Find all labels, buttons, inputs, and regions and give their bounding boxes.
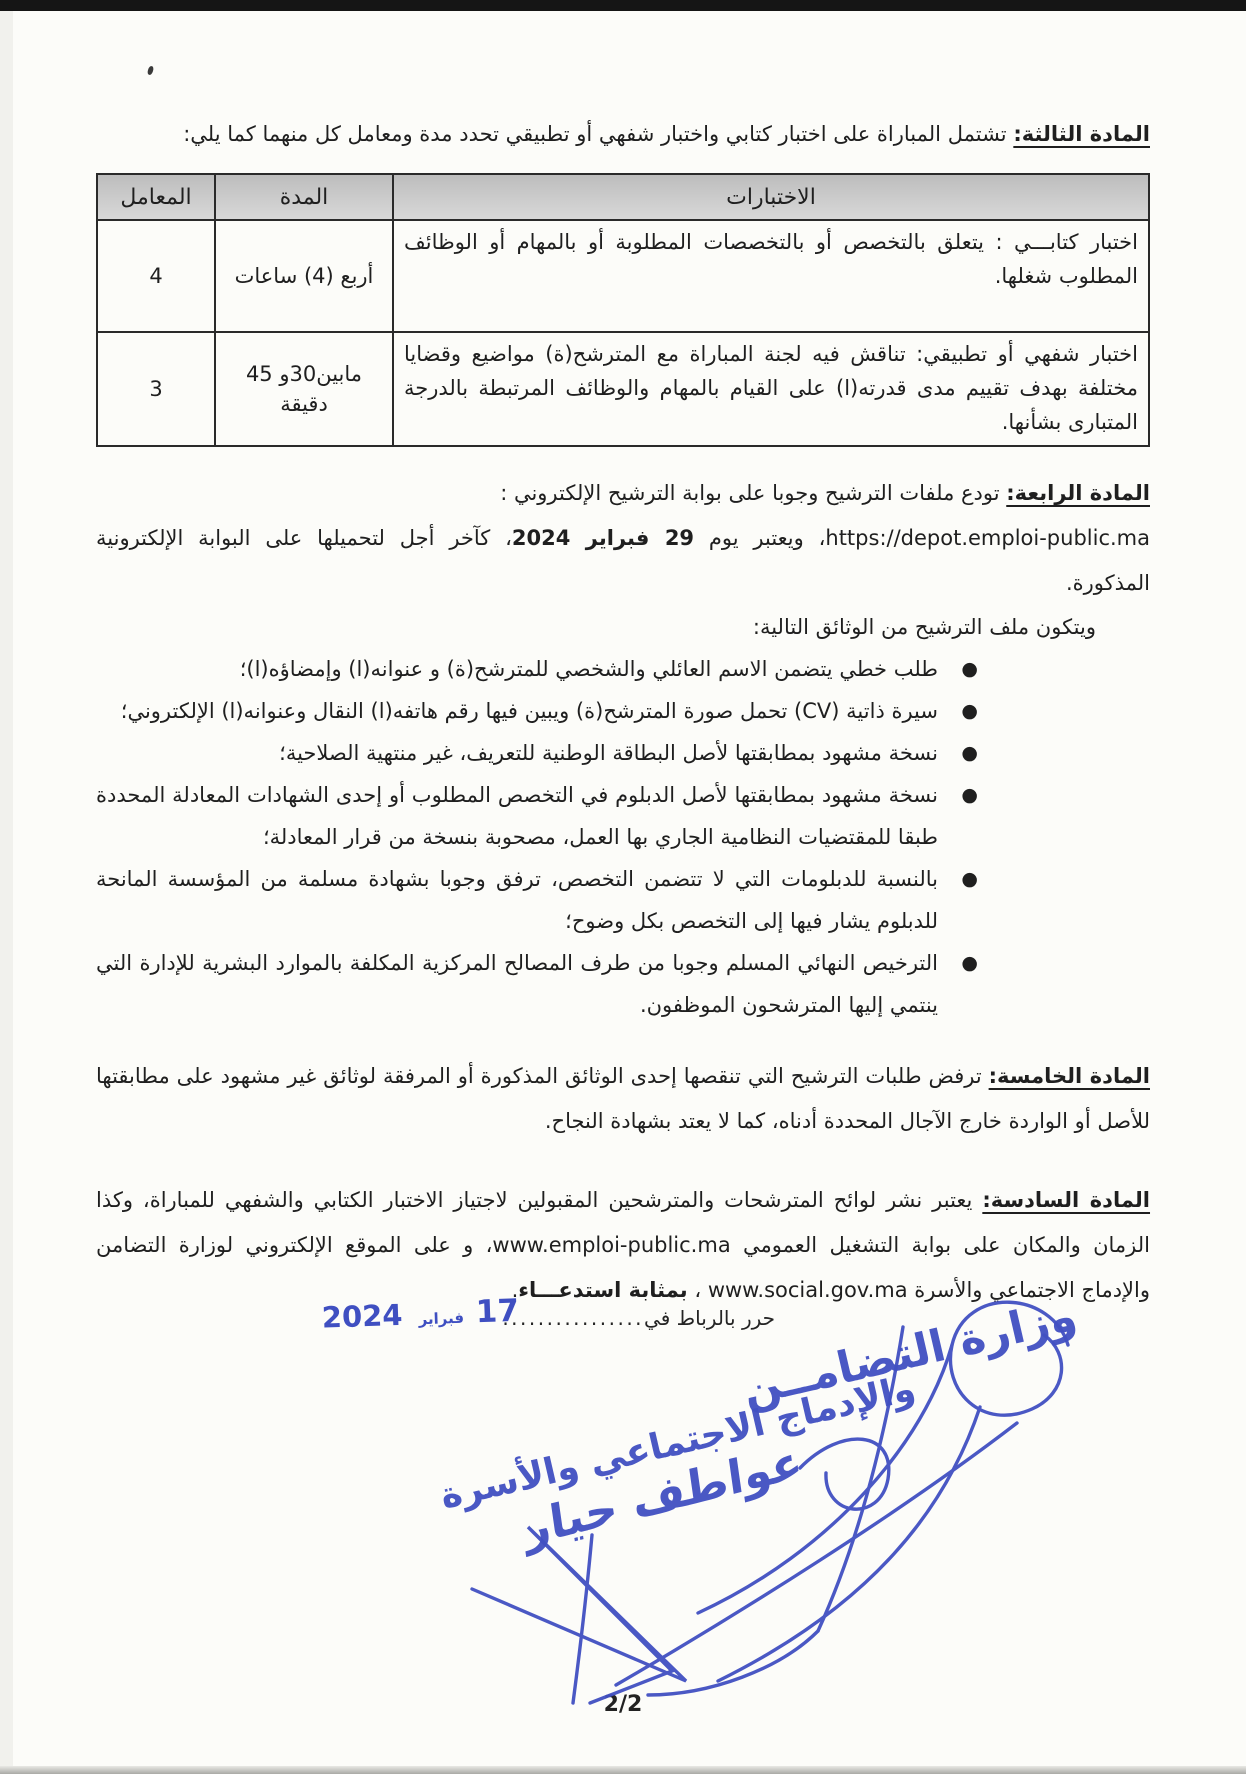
article-6-text-3: ، — [688, 1278, 708, 1302]
table-header-row: الاختبارات المدة المعامل — [97, 174, 1149, 220]
article-3-paragraph: المادة الثالثة: تشتمل المباراة على اختبا… — [96, 112, 1150, 157]
depot-portal-url: https://depot.emploi-public.ma — [825, 526, 1150, 550]
bullet-icon: ● — [961, 942, 978, 984]
article-5-heading: المادة الخامسة: — [989, 1064, 1150, 1088]
documents-intro: ويتكون ملف الترشيح من الوثائق التالية: — [96, 606, 1150, 648]
list-item-text: بالنسبة للدبلومات التي لا تتضمن التخصص، … — [96, 867, 938, 933]
page-number: 2/2 — [0, 1692, 1246, 1717]
summons-emphasis: بمثابة استدعـــاء — [518, 1278, 687, 1302]
article-4-text: ، ويعتبر يوم — [694, 526, 825, 550]
scan-edge-left — [0, 11, 13, 1766]
article-4-intro: تودع ملفات الترشيح وجوبا على بوابة الترش… — [500, 481, 1006, 505]
list-item-text: الترخيص النهائي المسلم وجوبا من طرف المص… — [96, 951, 938, 1017]
article-6-heading: المادة السادسة: — [982, 1188, 1150, 1212]
list-item: ●نسخة مشهود بمطابقتها لأصل البطاقة الوطن… — [96, 732, 1150, 774]
list-item: ●سيرة ذاتية (CV) تحمل صورة المترشح(ة) وي… — [96, 690, 1150, 732]
table-row: اختبار شفهي أو تطبيقي: تناقش فيه لجنة ال… — [97, 332, 1149, 446]
signature-name: عواطف حيار — [520, 1434, 805, 1557]
written-test-cell: اختبار كتابـــي : يتعلق بالتخصص أو بالتخ… — [393, 220, 1149, 332]
scan-edge-top — [0, 0, 1246, 11]
list-item-text: نسخة مشهود بمطابقتها لأصل البطاقة الوطني… — [279, 741, 938, 765]
scan-edge-bottom — [0, 1766, 1246, 1774]
list-item: ●طلب خطي يتضمن الاسم العائلي والشخصي للم… — [96, 648, 1150, 690]
col-header-tests: الاختبارات — [393, 174, 1149, 220]
list-item-text: نسخة مشهود بمطابقتها لأصل الدبلوم في الت… — [96, 783, 938, 849]
table-row: اختبار كتابـــي : يتعلق بالتخصص أو بالتخ… — [97, 220, 1149, 332]
bullet-icon: ● — [961, 648, 978, 690]
scan-speck — [147, 65, 155, 75]
oral-test-coefficient: 3 — [97, 332, 215, 446]
col-header-coefficient: المعامل — [97, 174, 215, 220]
document-content: المادة الثالثة: تشتمل المباراة على اختبا… — [96, 112, 1150, 1313]
article-3-text: تشتمل المباراة على اختبار كتابي واختبار … — [183, 122, 1013, 146]
ministry-stamp-line2: والإدماج الاجتماعي والأسرة — [437, 1368, 920, 1517]
article-3-heading: المادة الثالثة: — [1013, 122, 1150, 146]
article-6-paragraph: المادة السادسة: يعتبر نشر لوائح المترشحا… — [96, 1178, 1150, 1313]
written-test-duration: أربع (4) ساعات — [215, 220, 393, 332]
required-documents-list: ●طلب خطي يتضمن الاسم العائلي والشخصي للم… — [96, 648, 1150, 1026]
bullet-icon: ● — [961, 774, 978, 816]
list-item-text: طلب خطي يتضمن الاسم العائلي والشخصي للمت… — [240, 657, 938, 681]
bullet-icon: ● — [961, 858, 978, 900]
article-4-heading: المادة الرابعة: — [1006, 481, 1150, 505]
bullet-icon: ● — [961, 690, 978, 732]
article-5-paragraph: المادة الخامسة: ترفض طلبات الترشيح التي … — [96, 1054, 1150, 1144]
signature-flourish — [380, 1283, 1100, 1708]
list-item: ●الترخيص النهائي المسلم وجوبا من طرف الم… — [96, 942, 1150, 1026]
social-gov-url: www.social.gov.ma — [708, 1278, 908, 1302]
written-test-coefficient: 4 — [97, 220, 215, 332]
exam-table: الاختبارات المدة المعامل اختبار كتابـــي… — [96, 173, 1150, 447]
document-page: المادة الثالثة: تشتمل المباراة على اختبا… — [0, 0, 1246, 1774]
bullet-icon: ● — [961, 732, 978, 774]
list-item-text: سيرة ذاتية (CV) تحمل صورة المترشح(ة) ويب… — [121, 699, 938, 723]
col-header-duration: المدة — [215, 174, 393, 220]
deadline-date: 29 فبراير 2024 — [512, 526, 694, 550]
article-4-paragraph: المادة الرابعة: تودع ملفات الترشيح وجوبا… — [96, 471, 1150, 606]
emploi-public-url: www.emploi-public.ma — [492, 1233, 730, 1257]
oral-test-cell: اختبار شفهي أو تطبيقي: تناقش فيه لجنة ال… — [393, 332, 1149, 446]
list-item: ●نسخة مشهود بمطابقتها لأصل الدبلوم في ال… — [96, 774, 1150, 858]
oral-test-duration: مابين30و 45 دقيقة — [215, 332, 393, 446]
list-item: ●بالنسبة للدبلومات التي لا تتضمن التخصص،… — [96, 858, 1150, 942]
